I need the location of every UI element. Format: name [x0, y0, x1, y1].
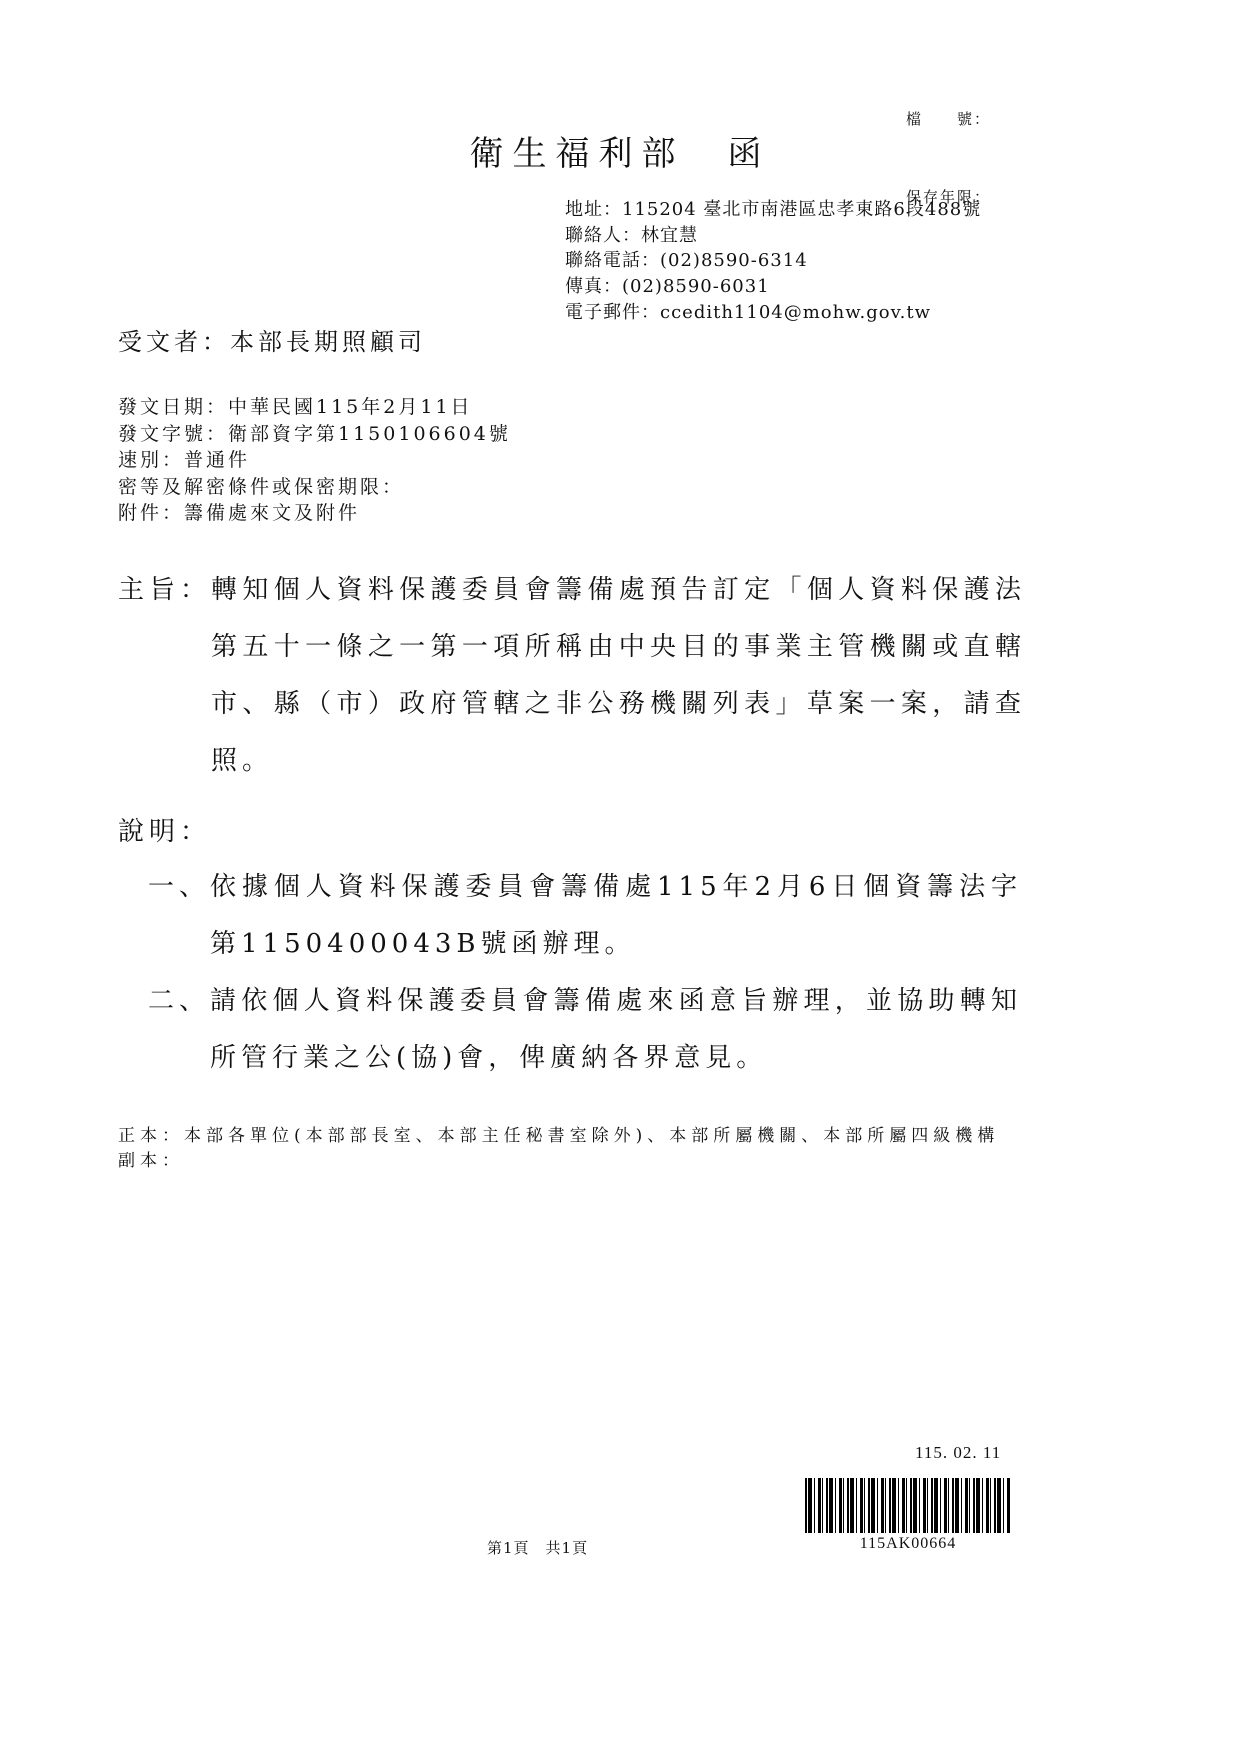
barcode-value: 115AK00664: [805, 1535, 1011, 1553]
file-number-label: 檔 號：: [906, 106, 991, 132]
subject-label: 主旨：: [118, 562, 211, 619]
sender-info-block: 地址：115204 臺北市南港區忠孝東路6段488號 聯絡人：林宜慧 聯絡電話：…: [565, 197, 981, 326]
dispatch-security: 密等及解密條件或保密期限：: [118, 474, 511, 501]
recipient-line: 受文者：本部長期照顧司: [118, 327, 426, 357]
dispatch-meta-block: 發文日期：中華民國115年2月11日 發文字號：衛部資字第1150106604號…: [118, 394, 511, 527]
description-item: 一、 依據個人資料保護委員會籌備處115年2月6日個資籌法字第115040004…: [148, 859, 1022, 973]
document-page: 檔 號： 保存年限： 衛生福利部 函 地址：115204 臺北市南港區忠孝東路6…: [0, 0, 1240, 1755]
description-item: 二、 請依個人資料保護委員會籌備處來函意旨辦理，並協助轉知所管行業之公(協)會，…: [148, 973, 1022, 1087]
sender-contact: 聯絡人：林宜慧: [565, 223, 981, 249]
dispatch-speed: 速別：普通件: [118, 447, 511, 474]
description-items: 一、 依據個人資料保護委員會籌備處115年2月6日個資籌法字第115040004…: [148, 859, 1022, 1087]
page-indicator: 第1頁 共1頁: [487, 1537, 588, 1558]
sender-email: 電子郵件：ccedith1104@mohw.gov.tw: [565, 300, 981, 326]
sender-fax: 傳真：(02)8590-6031: [565, 274, 981, 300]
stamp-date: 115. 02. 11: [915, 1443, 1001, 1463]
copy-original-text: 正本：本部各單位(本部部長室、本部主任秘書室除外)、本部所屬機關、本部所屬四級機…: [118, 1124, 1028, 1149]
sender-address: 地址：115204 臺北市南港區忠孝東路6段488號: [565, 197, 981, 223]
barcode: [805, 1478, 1011, 1533]
sender-phone: 聯絡電話：(02)8590-6314: [565, 248, 981, 274]
dispatch-date: 發文日期：中華民國115年2月11日: [118, 394, 511, 421]
description-item-text: 請依個人資料保護委員會籌備處來函意旨辦理，並協助轉知所管行業之公(協)會，俾廣納…: [210, 973, 1022, 1087]
description-item-text: 依據個人資料保護委員會籌備處115年2月6日個資籌法字第1150400043B號…: [210, 859, 1022, 973]
subject-text: 轉知個人資料保護委員會籌備處預告訂定「個人資料保護法第五十一條之一第一項所稱由中…: [211, 562, 1026, 790]
description-label: 說明：: [118, 804, 211, 861]
copies-block: 正本：本部各單位(本部部長室、本部主任秘書室除外)、本部所屬機關、本部所屬四級機…: [118, 1124, 1028, 1174]
copy-cc: 副本：: [118, 1149, 1028, 1174]
description-item-number: 二、: [148, 973, 210, 1030]
copy-original: 正本：本部各單位(本部部長室、本部主任秘書室除外)、本部所屬機關、本部所屬四級機…: [118, 1124, 1028, 1149]
copy-cc-text: 副本：: [118, 1149, 184, 1174]
document-title: 衛生福利部 函: [0, 134, 1240, 174]
dispatch-attachment: 附件：籌備處來文及附件: [118, 500, 511, 527]
dispatch-doc-number: 發文字號：衛部資字第1150106604號: [118, 421, 511, 448]
subject-section: 主旨： 轉知個人資料保護委員會籌備處預告訂定「個人資料保護法第五十一條之一第一項…: [118, 562, 1026, 790]
description-item-number: 一、: [148, 859, 210, 916]
